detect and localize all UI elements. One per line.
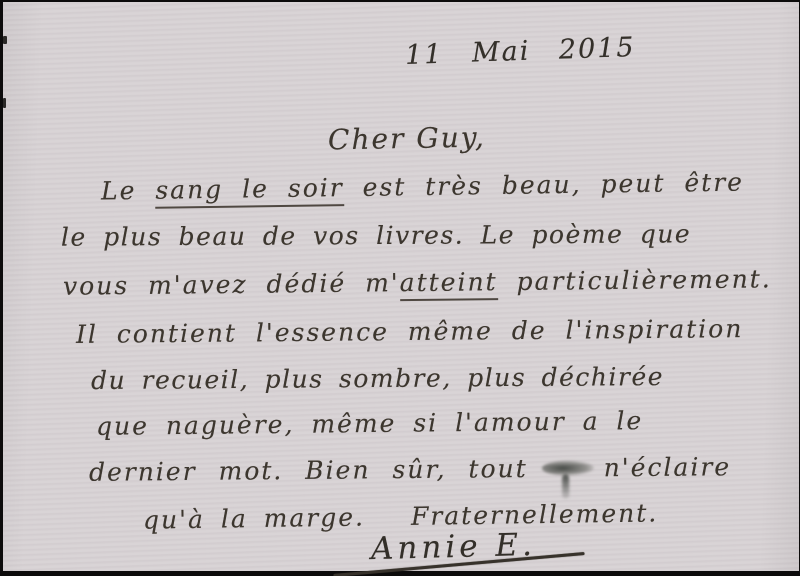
body-line-3-end: particulièrement. xyxy=(497,264,771,296)
body-line-1-end: est très beau, peut être xyxy=(344,168,745,203)
scan-speck xyxy=(3,98,6,108)
scanned-letter: 11 Mai 2015 Cher Guy, Le sang le soir es… xyxy=(0,0,800,576)
scan-speck xyxy=(3,36,7,44)
ink-smudge xyxy=(542,460,594,475)
body-line-5: du recueil, plus sombre, plus déchirée xyxy=(91,362,664,396)
body-line-1-start: Le xyxy=(101,176,156,206)
body-line-6: que naguère, même si l'amour a le xyxy=(96,406,644,442)
body-line-7: dernier mot. Bien sûr, toutn'éclaire xyxy=(89,452,731,488)
body-line-1: Le sang le soir est très beau, peut être xyxy=(101,168,744,207)
body-line-7-start: dernier mot. Bien sûr, tout xyxy=(89,454,528,487)
body-line-3-start: vous m'avez dédié m' xyxy=(63,268,400,301)
letter-paper: 11 Mai 2015 Cher Guy, Le sang le soir es… xyxy=(3,2,799,571)
body-line-8-start: qu'à la marge. xyxy=(143,502,365,534)
body-line-7-end: n'éclaire xyxy=(604,452,732,482)
signature: Annie E. xyxy=(371,527,537,568)
underlined-book-title: sang le soir xyxy=(155,173,344,209)
letter-date: 11 Mai 2015 xyxy=(405,32,637,72)
body-line-2: le plus beau de vos livres. Le poème que xyxy=(61,219,691,252)
salutation: Cher Guy, xyxy=(328,121,486,157)
underlined-word-atteint: atteint xyxy=(400,267,498,301)
body-line-3: vous m'avez dédié m'atteint particulière… xyxy=(63,264,772,301)
body-line-4: Il contient l'essence même de l'inspirat… xyxy=(76,314,744,350)
